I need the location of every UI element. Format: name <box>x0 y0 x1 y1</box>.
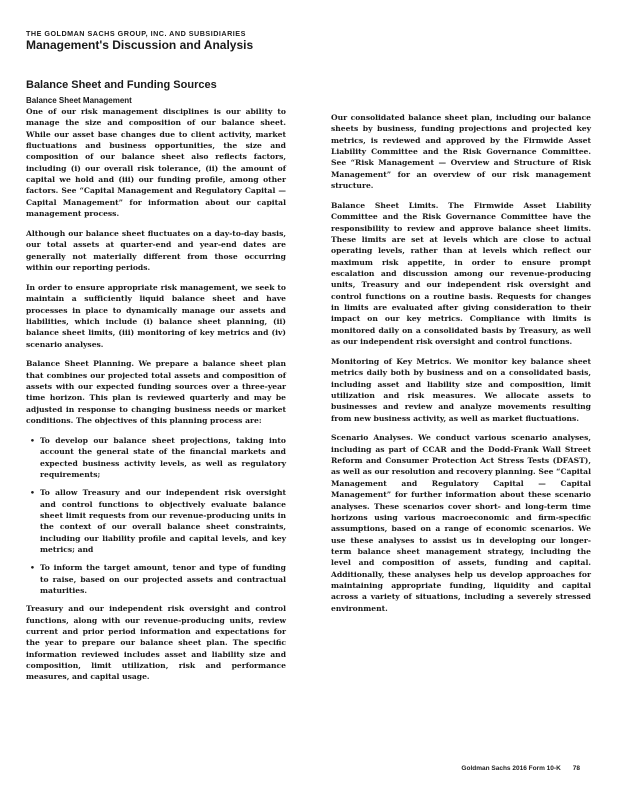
page-header: The Goldman Sachs Group, Inc. and Subsid… <box>26 29 586 52</box>
list-item: To inform the target amount, tenor and t… <box>40 562 286 596</box>
paragraph-body: We monitor key balance sheet metrics dai… <box>331 357 591 423</box>
paragraph: Although our balance sheet fluctuates on… <box>26 228 286 273</box>
section-title: Balance Sheet and Funding Sources <box>26 79 217 91</box>
paragraph-body: The Firmwide Asset Liability Committee a… <box>331 201 591 346</box>
paragraph-lead: Balance Sheet Planning. <box>26 359 134 368</box>
list-item: To allow Treasury and our independent ri… <box>40 487 286 555</box>
company-name: The Goldman Sachs Group, Inc. and Subsid… <box>26 29 586 38</box>
paragraph-lead: Monitoring of Key Metrics. <box>331 357 452 366</box>
objectives-list: To develop our balance sheet projections… <box>26 435 286 596</box>
report-name: Goldman Sachs 2016 Form 10-K <box>461 765 560 772</box>
paragraph: Balance Sheet Planning. We prepare a bal… <box>26 358 286 426</box>
paragraph: Treasury and our independent risk oversi… <box>26 603 286 682</box>
paragraph-lead: Balance Sheet Limits. <box>331 201 438 210</box>
subsection-heading: Balance Sheet Management <box>26 95 286 106</box>
page-footer: Goldman Sachs 2016 Form 10-K78 <box>461 765 580 772</box>
paragraph: One of our risk management disciplines i… <box>26 106 286 219</box>
paragraph: In order to ensure appropriate risk mana… <box>26 282 286 350</box>
left-column: Balance Sheet Management One of our risk… <box>26 95 286 691</box>
paragraph: Balance Sheet Limits. The Firmwide Asset… <box>331 200 591 347</box>
list-item: To develop our balance sheet projections… <box>40 435 286 480</box>
paragraph: Our consolidated balance sheet plan, inc… <box>331 112 591 191</box>
paragraph-lead: Scenario Analyses. <box>331 433 413 442</box>
right-column: Our consolidated balance sheet plan, inc… <box>331 112 591 622</box>
document-title: Management's Discussion and Analysis <box>26 38 586 52</box>
paragraph: Monitoring of Key Metrics. We monitor ke… <box>331 356 591 424</box>
paragraph-body: We conduct various scenario analyses, in… <box>331 433 591 612</box>
page-number: 78 <box>573 765 580 772</box>
paragraph: Scenario Analyses. We conduct various sc… <box>331 432 591 614</box>
paragraph-body: We prepare a balance sheet plan that com… <box>26 359 286 425</box>
